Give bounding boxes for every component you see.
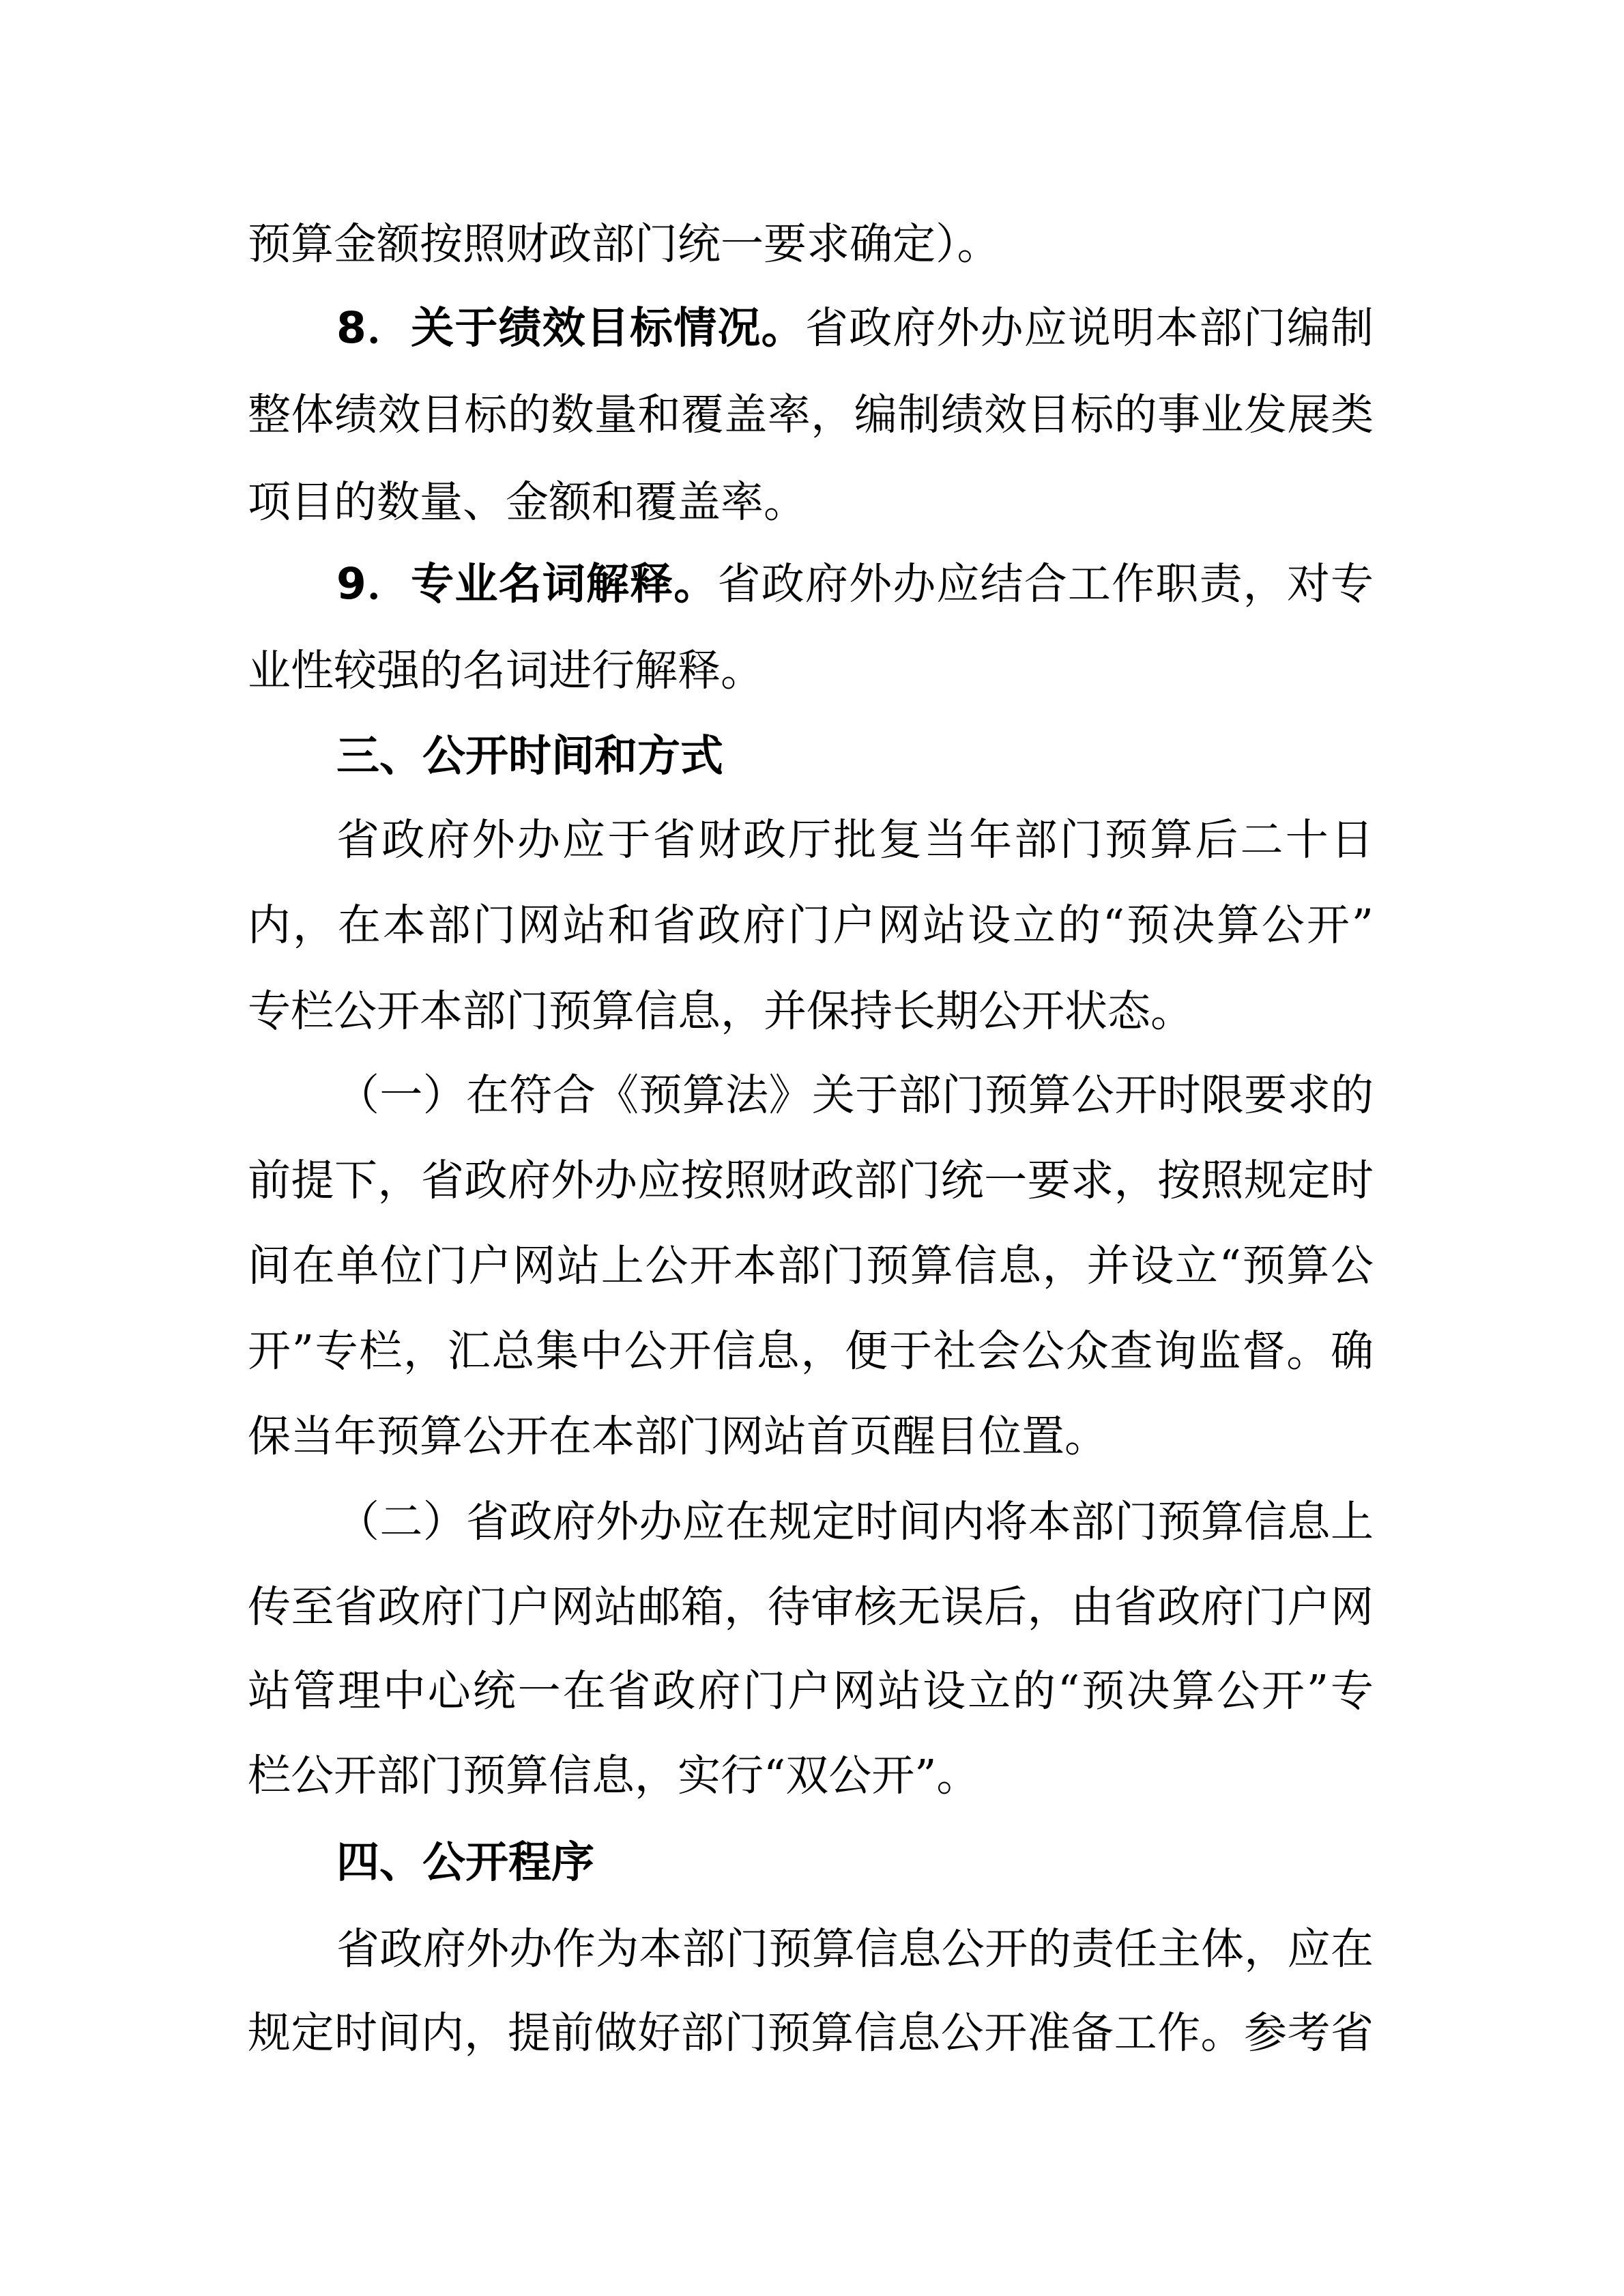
paragraph-line: 项目的数量、金额和覆盖率。 — [248, 475, 1374, 530]
paragraph-line: 省政府外办作为本部门预算信息公开的责任主体，应在 — [248, 1922, 1374, 1977]
paragraph-line: 内，在本部门网站和省政府门户网站设立的“预决算公开” — [248, 898, 1374, 953]
paragraph-line: 前提下，省政府外办应按照财政部门统一要求，按照规定时 — [248, 1153, 1374, 1208]
paragraph-line: 省政府外办应于省财政厅批复当年部门预算后二十日 — [248, 813, 1374, 867]
item-8-text: 省政府外办应说明本部门编制 — [805, 303, 1374, 353]
subsection-2-line: （二）省政府外办应在规定时间内将本部门预算信息上 — [248, 1495, 1374, 1549]
paragraph-line: 预算金额按照财政部门统一要求确定）。 — [248, 217, 1374, 272]
paragraph-line: 规定时间内，提前做好部门预算信息公开准备工作。参考省 — [248, 2006, 1374, 2061]
paragraph-line: 保当年预算公开在本部门网站首页醒目位置。 — [248, 1409, 1374, 1464]
item-9-title: 9．专业名词解释。 — [336, 559, 717, 609]
document-page: 预算金额按照财政部门统一要求确定）。 8．关于绩效目标情况。省政府外办应说明本部… — [0, 0, 1624, 2296]
paragraph-line: 传至省政府门户网站邮箱，待审核无误后，由省政府门户网 — [248, 1580, 1374, 1635]
item-8-line: 8．关于绩效目标情况。省政府外办应说明本部门编制 — [248, 301, 1374, 356]
subsection-1-line: （一）在符合《预算法》关于部门预算公开时限要求的 — [248, 1068, 1374, 1123]
section-heading-4: 四、公开程序 — [248, 1835, 1374, 1890]
paragraph-line: 开”专栏，汇总集中公开信息，便于社会公众查询监督。确 — [248, 1324, 1374, 1379]
section-heading-3: 三、公开时间和方式 — [248, 729, 1374, 784]
paragraph-line: 间在单位门户网站上公开本部门预算信息，并设立“预算公 — [248, 1239, 1374, 1293]
item-8-title: 8．关于绩效目标情况。 — [336, 303, 805, 353]
item-9-line: 9．专业名词解释。省政府外办应结合工作职责，对专 — [248, 557, 1374, 612]
paragraph-line: 栏公开部门预算信息，实行“双公开”。 — [248, 1749, 1374, 1803]
paragraph-line: 站管理中心统一在省政府门户网站设立的“预决算公开”专 — [248, 1664, 1374, 1719]
paragraph-line: 业性较强的名词进行解释。 — [248, 644, 1374, 698]
paragraph-line: 专栏公开本部门预算信息，并保持长期公开状态。 — [248, 984, 1374, 1039]
paragraph-line: 整体绩效目标的数量和覆盖率，编制绩效目标的事业发展类 — [248, 388, 1374, 442]
item-9-text: 省政府外办应结合工作职责，对专 — [717, 559, 1374, 609]
